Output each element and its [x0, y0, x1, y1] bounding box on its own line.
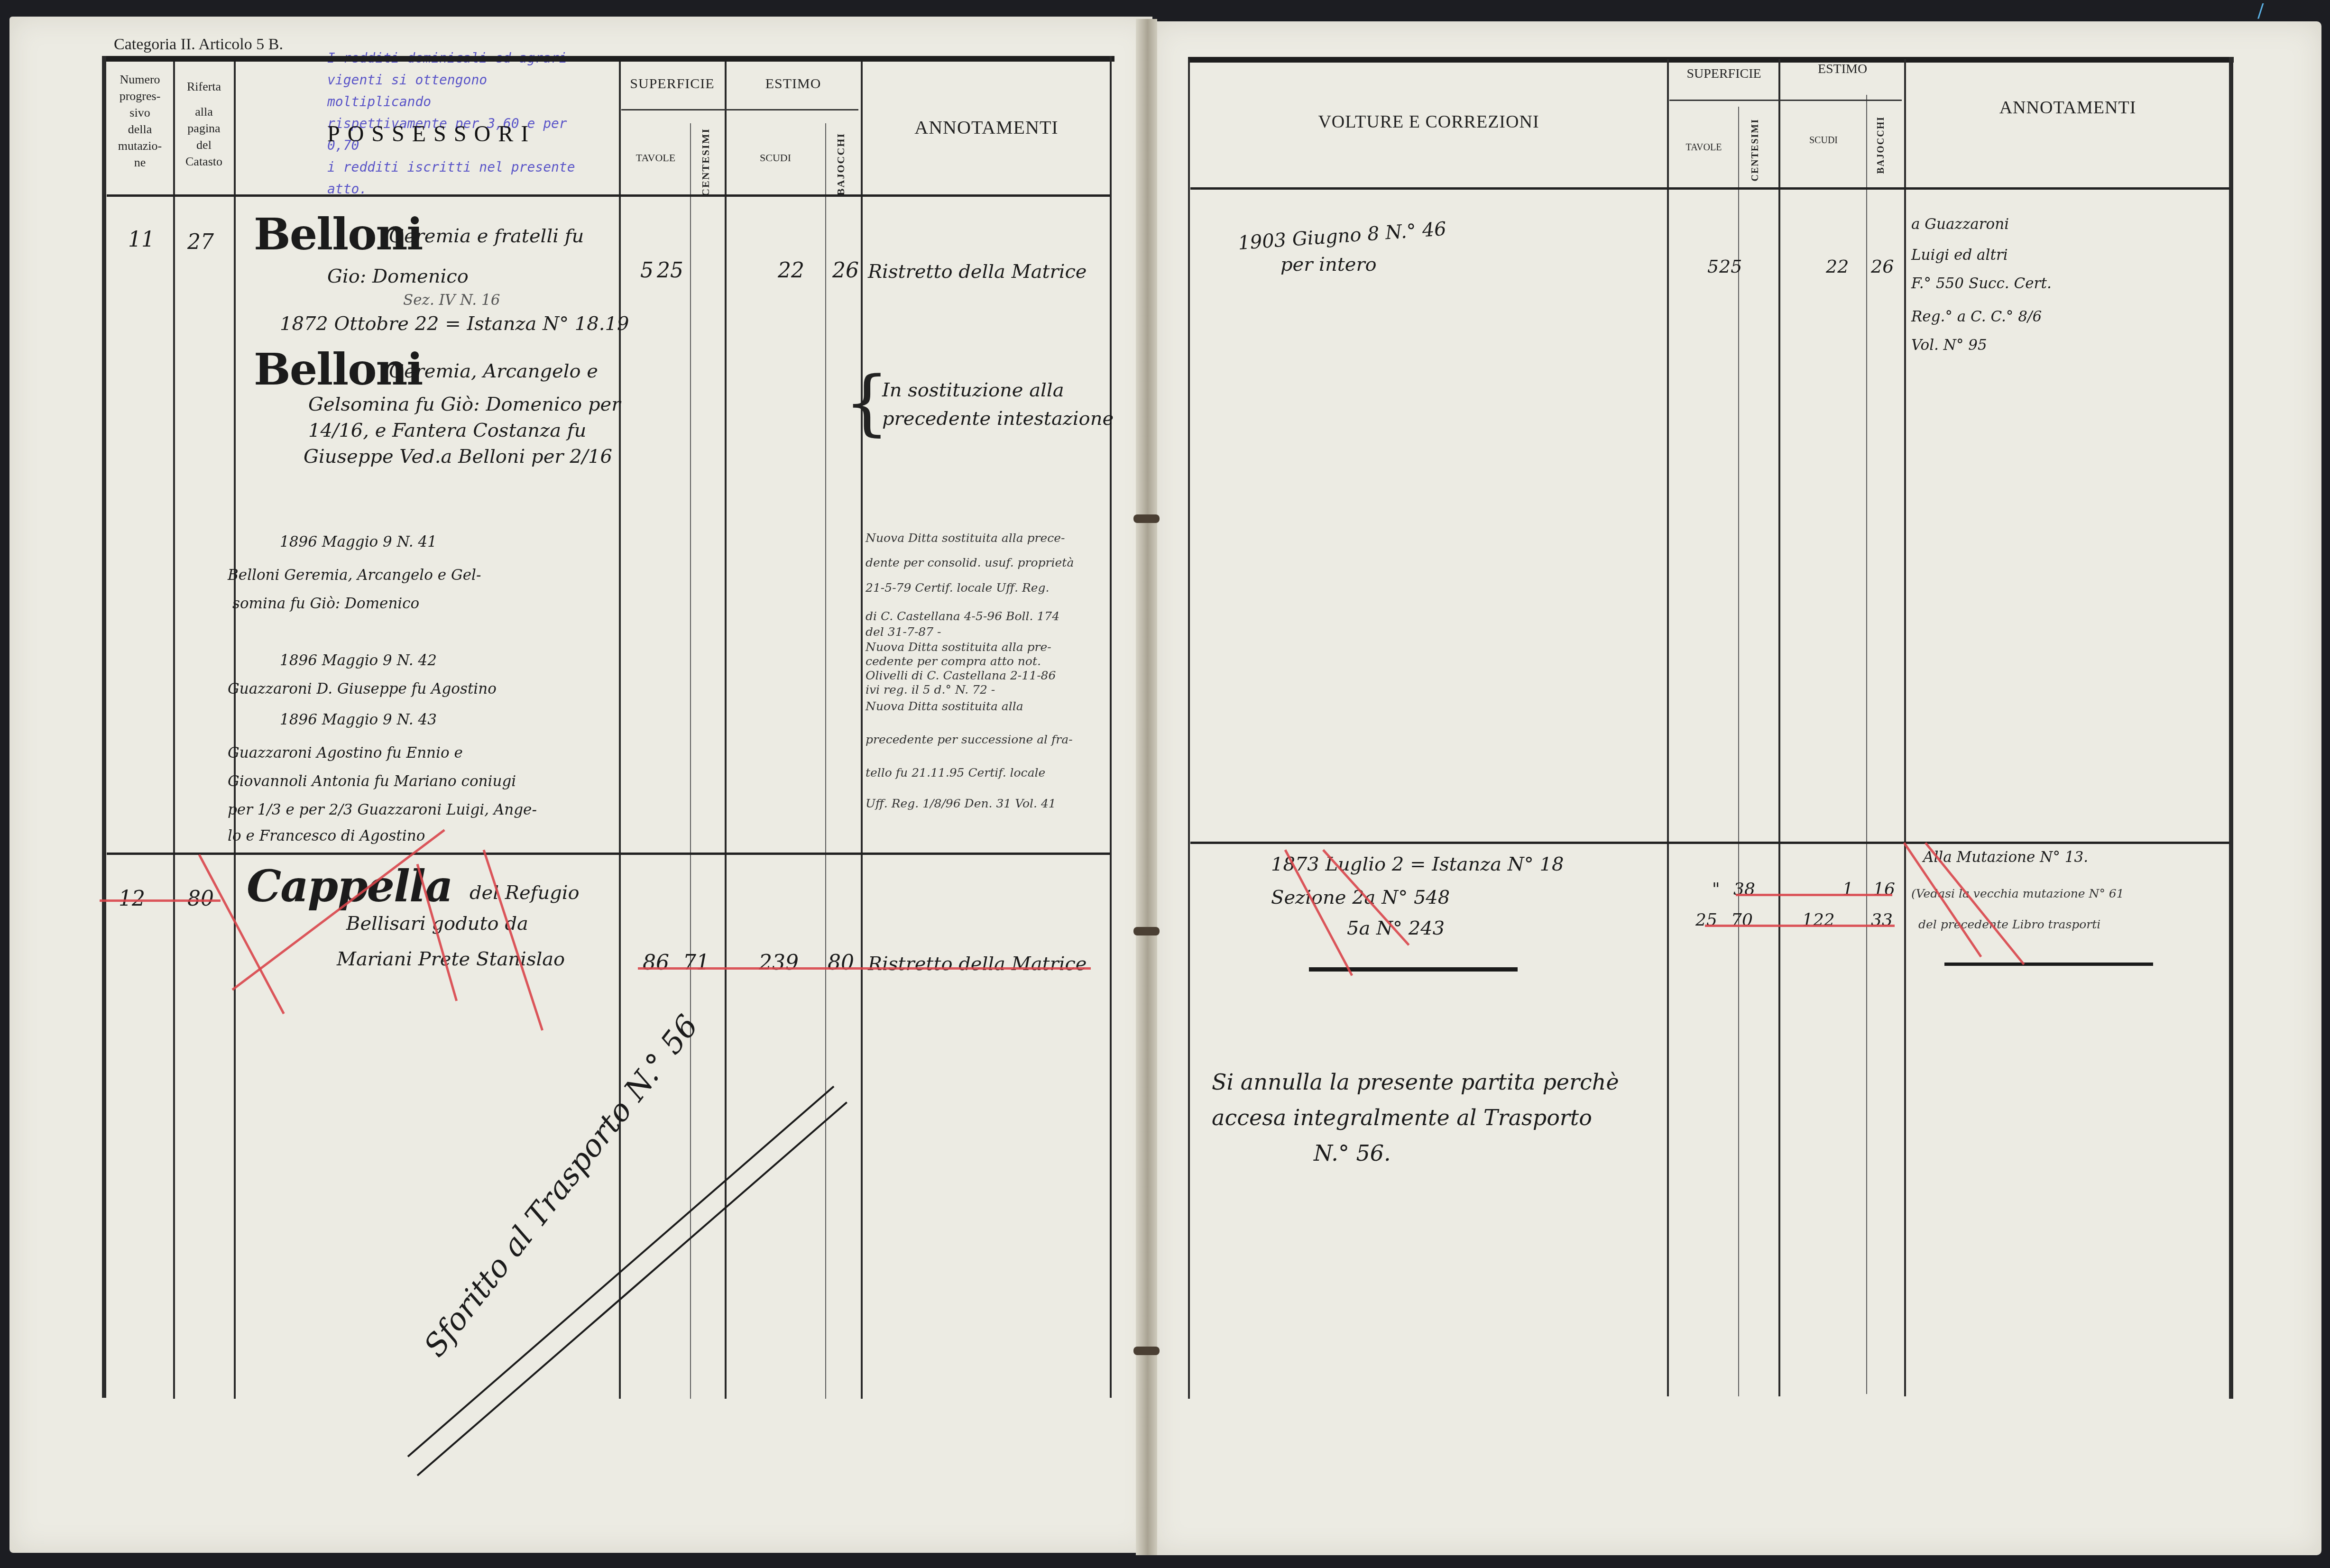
- catasto-page: 27: [187, 230, 214, 254]
- volture-line: 1873 Luglio 2 = Istanza N° 18: [1271, 853, 1564, 875]
- header-bottom-border: [107, 194, 1110, 197]
- owner-line: Giovannoli Antonia fu Mariano coniugi: [228, 773, 516, 790]
- header-scudi: SCUDI: [1781, 135, 1866, 146]
- column-divider: [861, 62, 863, 1399]
- header-estimo: ESTIMO: [1781, 62, 1904, 77]
- header-superficie: SUPERFICIE: [621, 76, 723, 92]
- surface-centesimi: 25: [1719, 256, 1742, 277]
- annotation-line: Vol. N° 95: [1911, 337, 1987, 354]
- header-subdivider: [1669, 100, 1902, 101]
- column-divider: [1738, 107, 1739, 1396]
- column-divider: [173, 62, 175, 1399]
- header-scudi: SCUDI: [726, 152, 825, 164]
- cancellation-note-line: Si annulla la presente partita perchè: [1212, 1069, 1619, 1095]
- annotation-line: dente per consolid. usuf. proprietà: [866, 556, 1074, 569]
- header-subdivider: [621, 109, 858, 110]
- owner-line: Guazzaroni D. Giuseppe fu Agostino: [228, 680, 497, 697]
- red-strike: [1736, 894, 1892, 896]
- owner-line: 1896 Maggio 9 N. 41: [280, 533, 437, 550]
- surface-tavole: 86: [643, 951, 669, 975]
- pencil-note: Sez. IV N. 16: [403, 292, 500, 309]
- owner-line: Geremia e fratelli fu: [389, 225, 584, 247]
- catasto-page: 80: [187, 887, 214, 911]
- owner-line: Geremia, Arcangelo e: [389, 360, 598, 382]
- column-divider: [690, 123, 691, 1399]
- estimo-scudi: 22: [778, 258, 804, 283]
- column-divider: [825, 123, 826, 1399]
- column-divider: [725, 62, 727, 1399]
- right-page: [1152, 21, 2321, 1555]
- annotation-line: Ristretto della Matrice: [868, 261, 1087, 283]
- cancellation-note-line: accesa integralmente al Trasporto: [1212, 1105, 1592, 1130]
- header-bajocchi: BAJOCCHI: [835, 133, 847, 195]
- annotation-line: Nuova Ditta sostituita alla pre-: [866, 640, 1051, 654]
- annotation-line: precedente per successione al fra-: [866, 733, 1073, 746]
- annotation-line: Luigi ed altri: [1911, 247, 2008, 264]
- table-top-border: [102, 56, 1114, 62]
- volture-line: per intero: [1280, 254, 1377, 275]
- annotation-line: di C. Castellana 4-5-96 Boll. 174: [866, 609, 1059, 623]
- owner-line: Gio: Domenico: [327, 266, 469, 287]
- blue-pencil-mark: /: [2257, 0, 2264, 22]
- red-strike: [638, 967, 1091, 970]
- book-spine: [1136, 19, 1157, 1555]
- annotation-line: Uff. Reg. 1/8/96 Den. 31 Vol. 41: [866, 797, 1056, 810]
- surface-tavole: 5: [640, 258, 654, 283]
- binding-stitch: [1133, 1347, 1160, 1355]
- surface-tavole: 5: [1707, 256, 1719, 277]
- header-superficie: SUPERFICIE: [1669, 66, 1778, 82]
- header-estimo: ESTIMO: [726, 76, 861, 92]
- pen-underline: [1309, 967, 1518, 972]
- column-divider: [1866, 95, 1867, 1394]
- entry-number: 12: [119, 887, 145, 911]
- annotation-line: In sostituzione alla: [882, 379, 1064, 401]
- owner-line: 1872 Ottobre 22 = Istanza N° 18.19: [280, 313, 629, 335]
- annotation-line: Alla Mutazione N° 13.: [1923, 849, 2088, 866]
- owner-surname: Cappella: [247, 861, 452, 912]
- annotation-line: tello fu 21.11.95 Certif. locale: [866, 766, 1045, 779]
- annotation-line: 21-5-79 Certif. locale Uff. Reg.: [866, 581, 1049, 595]
- left-page: [9, 17, 1152, 1553]
- header-tavole: TAVOLE: [1669, 142, 1738, 153]
- annotation-line: precedente intestazione: [882, 408, 1114, 430]
- annotation-line: ivi reg. il 5 d.° N. 72 -: [866, 683, 995, 697]
- owner-line: Giuseppe Ved.a Belloni per 2/16: [304, 446, 612, 468]
- row-divider: [107, 853, 1110, 855]
- surface-centesimi: 25: [657, 258, 683, 283]
- estimo-bajocchi: 26: [832, 258, 859, 283]
- owner-line: 14/16, e Fantera Costanza fu: [308, 420, 586, 441]
- owner-line: Guazzaroni Agostino fu Ennio e: [228, 744, 463, 761]
- table-top-border: [1188, 57, 2234, 63]
- owner-line: Gelsomina fu Giò: Domenico per: [308, 394, 620, 415]
- header-annotamenti: ANNOTAMENTI: [863, 116, 1110, 138]
- owner-line: 1896 Maggio 9 N. 42: [280, 652, 437, 669]
- column-divider: [234, 62, 236, 1399]
- owner-line: per 1/3 e per 2/3 Guazzaroni Luigi, Ange…: [228, 801, 537, 818]
- header-volture: VOLTURE E CORREZIONI: [1190, 111, 1667, 132]
- table-right-border: [1110, 56, 1112, 1398]
- owner-line: Mariani Prete Stanislao: [337, 948, 565, 970]
- owner-line: lo e Francesco di Agostino: [228, 827, 425, 844]
- table-left-border: [102, 56, 106, 1398]
- column-divider: [1904, 59, 1906, 1396]
- table-right-border: [2229, 57, 2233, 1399]
- header-bottom-border: [1190, 187, 2229, 190]
- annotation-line: Nuova Ditta sostituita alla prece-: [866, 531, 1065, 545]
- owner-line: Belloni Geremia, Arcangelo e Gel-: [228, 567, 481, 584]
- red-strike: [100, 899, 221, 902]
- surface-tavole: ": [1712, 880, 1720, 899]
- annotation-line: a Guazzaroni: [1911, 216, 2009, 233]
- header-annotamenti: ANNOTAMENTI: [1906, 97, 2229, 118]
- annotation-line: del 31-7-87 -: [866, 625, 941, 639]
- estimo-bajocchi: 80: [828, 951, 854, 975]
- entry-number: 11: [128, 228, 155, 252]
- binding-stitch: [1133, 514, 1160, 523]
- cancellation-note-line: N.° 56.: [1314, 1140, 1391, 1166]
- owner-line: somina fu Giò: Domenico: [232, 595, 419, 612]
- header-riferta: Riferta allapagina delCatasto: [175, 78, 232, 170]
- column-divider: [1778, 59, 1780, 1396]
- estimo-scudi: 22: [1826, 256, 1849, 277]
- header-numero: Numeroprogres- sivodella mutazio-ne: [107, 71, 173, 171]
- annotation-line: cedente per compra atto not.: [866, 654, 1041, 668]
- estimo-bajocchi: 26: [1871, 256, 1894, 277]
- header-possessori: POSSESSORI: [327, 121, 536, 147]
- annotation-line: Nuova Ditta sostituita alla: [866, 699, 1023, 713]
- table-left-border: [1188, 59, 1190, 1399]
- header-tavole: TAVOLE: [621, 152, 690, 164]
- annotation-line: F.° 550 Succ. Cert.: [1911, 275, 2052, 292]
- binding-stitch: [1133, 927, 1160, 935]
- red-strike: [1705, 925, 1895, 927]
- column-divider: [619, 62, 621, 1399]
- column-divider: [1667, 59, 1669, 1396]
- pen-underline: [1944, 963, 2153, 966]
- annotation-line: Olivelli di C. Castellana 2-11-86: [866, 669, 1056, 682]
- surface-centesimi: 71: [683, 951, 709, 975]
- header-centesimi: CENTESIMI: [1750, 119, 1761, 181]
- estimo-scudi: 239: [759, 951, 799, 975]
- annotation-line: Ristretto della Matrice: [868, 953, 1087, 975]
- row-divider: [1190, 842, 2229, 844]
- header-bajocchi: BAJOCCHI: [1876, 116, 1887, 174]
- category-line: Categoria II. Articolo 5 B.: [114, 36, 283, 54]
- annotation-line: Reg.° a C. C.° 8/6: [1911, 308, 2042, 325]
- annotation-line: del precedente Libro trasporti: [1918, 917, 2100, 931]
- header-centesimi: CENTESIMI: [700, 128, 712, 196]
- owner-line: del Refugio: [470, 882, 580, 904]
- owner-line: 1896 Maggio 9 N. 43: [280, 711, 437, 728]
